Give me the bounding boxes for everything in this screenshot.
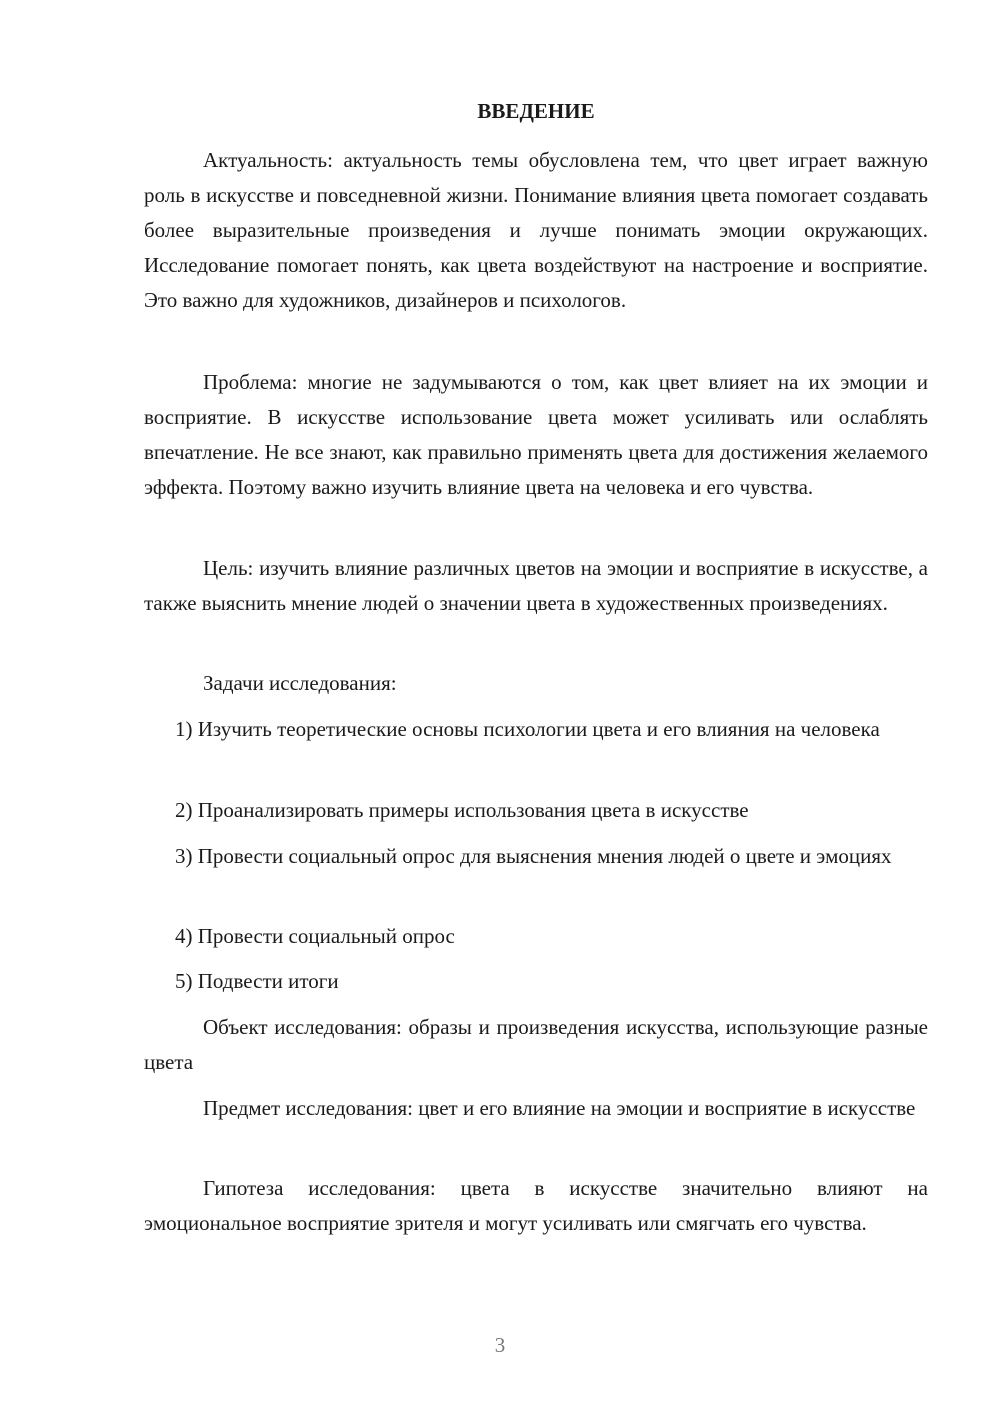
paragraph-object: Объект исследования: образы и произведен… [144,1010,928,1080]
task-item: 3) Провести социальный опрос для выяснен… [144,839,928,874]
paragraph-problem: Проблема: многие не задумываются о том, … [144,365,928,505]
section-title: ВВЕДЕНИЕ [144,97,928,125]
paragraph-goal: Цель: изучить влияние различных цветов н… [144,551,928,621]
task-item: 1) Изучить теоретические основы психолог… [144,712,928,747]
page-number: 3 [0,1333,1000,1358]
paragraph-subject: Предмет исследования: цвет и его влияние… [144,1091,928,1126]
task-item: 2) Проанализировать примеры использовани… [144,793,928,828]
task-item: 5) Подвести итоги [144,964,928,999]
paragraph-relevance: Актуальность: актуальность темы обусловл… [144,143,928,318]
paragraph-hypothesis: Гипотеза исследования: цвета в искусстве… [144,1171,928,1241]
task-item: 4) Провести социальный опрос [144,919,928,954]
tasks-heading: Задачи исследования: [144,666,928,701]
